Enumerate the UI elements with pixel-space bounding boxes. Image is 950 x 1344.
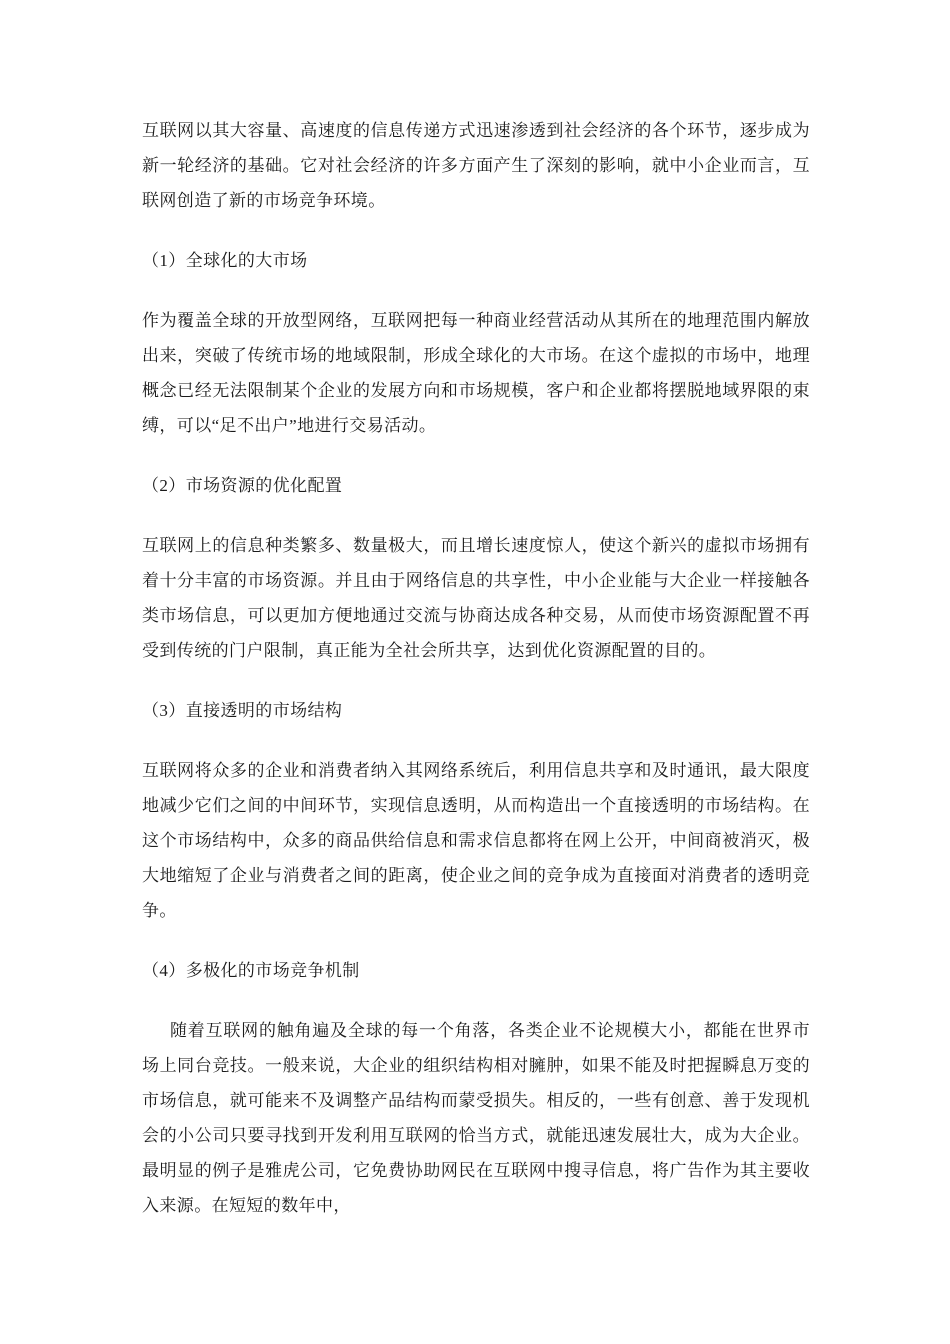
section-4-paragraph: 随着互联网的触角遍及全球的每一个角落，各类企业不论规模大小，都能在世界市场上同台… xyxy=(142,1013,810,1223)
intro-paragraph: 互联网以其大容量、高速度的信息传递方式迅速渗透到社会经济的各个环节，逐步成为新一… xyxy=(142,113,810,218)
section-2-paragraph: 互联网上的信息种类繁多、数量极大，而且增长速度惊人，使这个新兴的虚拟市场拥有着十… xyxy=(142,528,810,668)
section-1-heading: （1）全球化的大市场 xyxy=(142,243,810,278)
section-4-heading: （4）多极化的市场竞争机制 xyxy=(142,953,810,988)
section-3-heading: （3）直接透明的市场结构 xyxy=(142,693,810,728)
section-1-paragraph: 作为覆盖全球的开放型网络，互联网把每一种商业经营活动从其所在的地理范围内解放出来… xyxy=(142,303,810,443)
document-page: 互联网以其大容量、高速度的信息传递方式迅速渗透到社会经济的各个环节，逐步成为新一… xyxy=(0,0,950,1344)
section-3-paragraph: 互联网将众多的企业和消费者纳入其网络系统后，利用信息共享和及时通讯，最大限度地减… xyxy=(142,753,810,928)
section-2-heading: （2）市场资源的优化配置 xyxy=(142,468,810,503)
